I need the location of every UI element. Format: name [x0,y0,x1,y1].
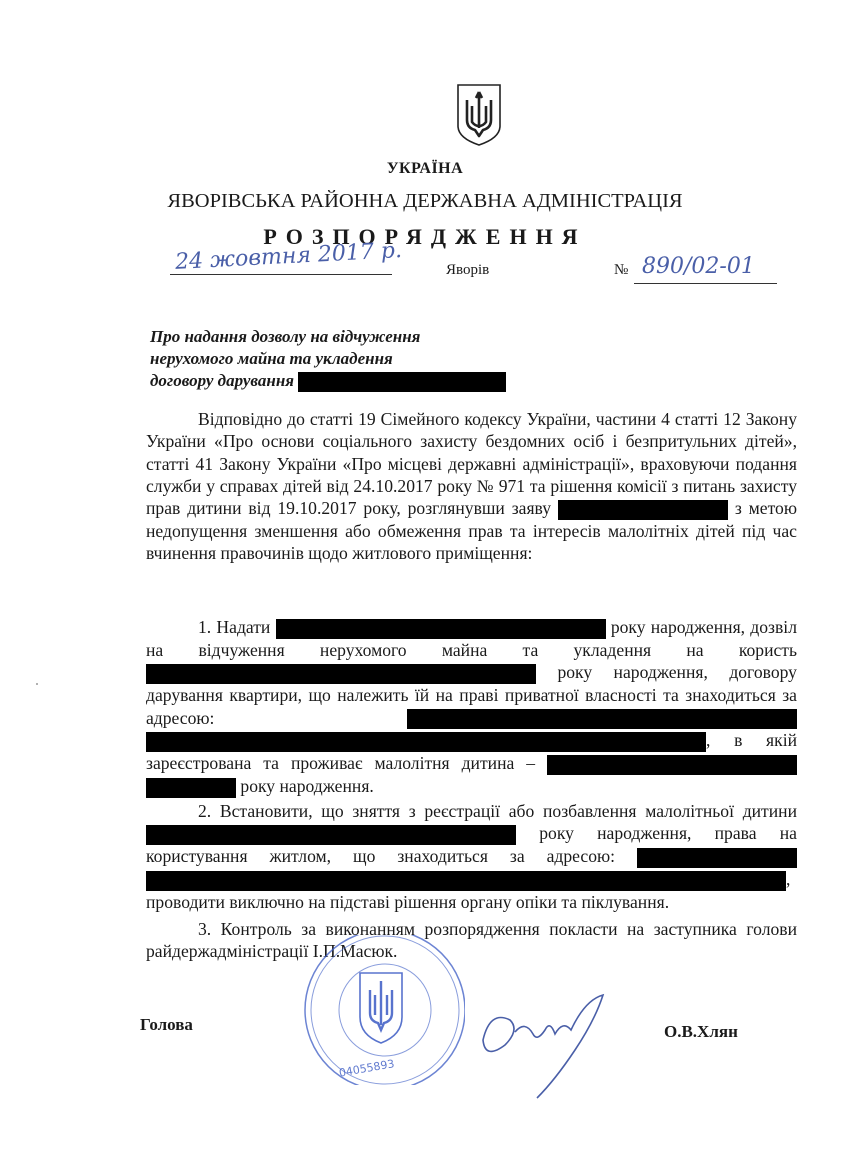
handwritten-number: 890/02-01 [642,254,755,279]
redacted-block [637,848,797,868]
redacted-block [146,825,516,845]
redacted-block [558,500,728,520]
scan-artifact [36,683,38,685]
redacted-block [298,372,506,392]
redacted-block [146,778,236,798]
number-underline [634,283,777,284]
document-subject: Про надання дозволу на відчуження нерухо… [150,326,506,392]
signer-name: О.В.Хлян [664,1022,738,1042]
official-seal-icon: 04055893 [290,935,465,1085]
redacted-block [146,732,706,752]
country-heading: УКРАЇНА [0,160,850,178]
redacted-block [276,619,606,639]
subject-line: договору дарування [150,370,506,392]
subject-line: Про надання дозволу на відчуження [150,326,506,348]
redacted-block [146,871,786,891]
clause-text: року народження. [240,776,373,796]
clause-text: 3. Контроль за виконанням розпорядження … [146,919,797,961]
number-label: № [614,262,628,279]
place-label: Яворів [446,262,489,279]
clause-text: 2. Встановити, що зняття з реєстрації аб… [198,801,797,821]
preamble: Відповідно до статті 19 Сімейного кодекс… [146,408,797,565]
redacted-block [146,664,536,684]
clause-text: 1. Надати [198,617,270,637]
date-underline [170,274,392,275]
svg-text:04055893: 04055893 [338,1057,395,1080]
subject-line: нерухомого майна та укладення [150,348,506,370]
clause-3: 3. Контроль за виконанням розпорядження … [146,918,797,963]
redacted-block [407,709,797,729]
document-type-heading: РОЗПОРЯДЖЕННЯ [0,224,850,250]
clause-2: 2. Встановити, що зняття з реєстрації аб… [146,800,797,913]
organization-heading: ЯВОРІВСЬКА РАЙОННА ДЕРЖАВНА АДМІНІСТРАЦІ… [0,190,850,213]
clause-1: 1. Надати року народження, дозвіл на від… [146,616,797,798]
subject-text: договору дарування [150,371,294,390]
trident-coat-of-arms-icon [455,82,503,148]
handwritten-signature-icon [475,990,625,1100]
signer-title: Голова [140,1015,193,1035]
redacted-block [547,755,797,775]
